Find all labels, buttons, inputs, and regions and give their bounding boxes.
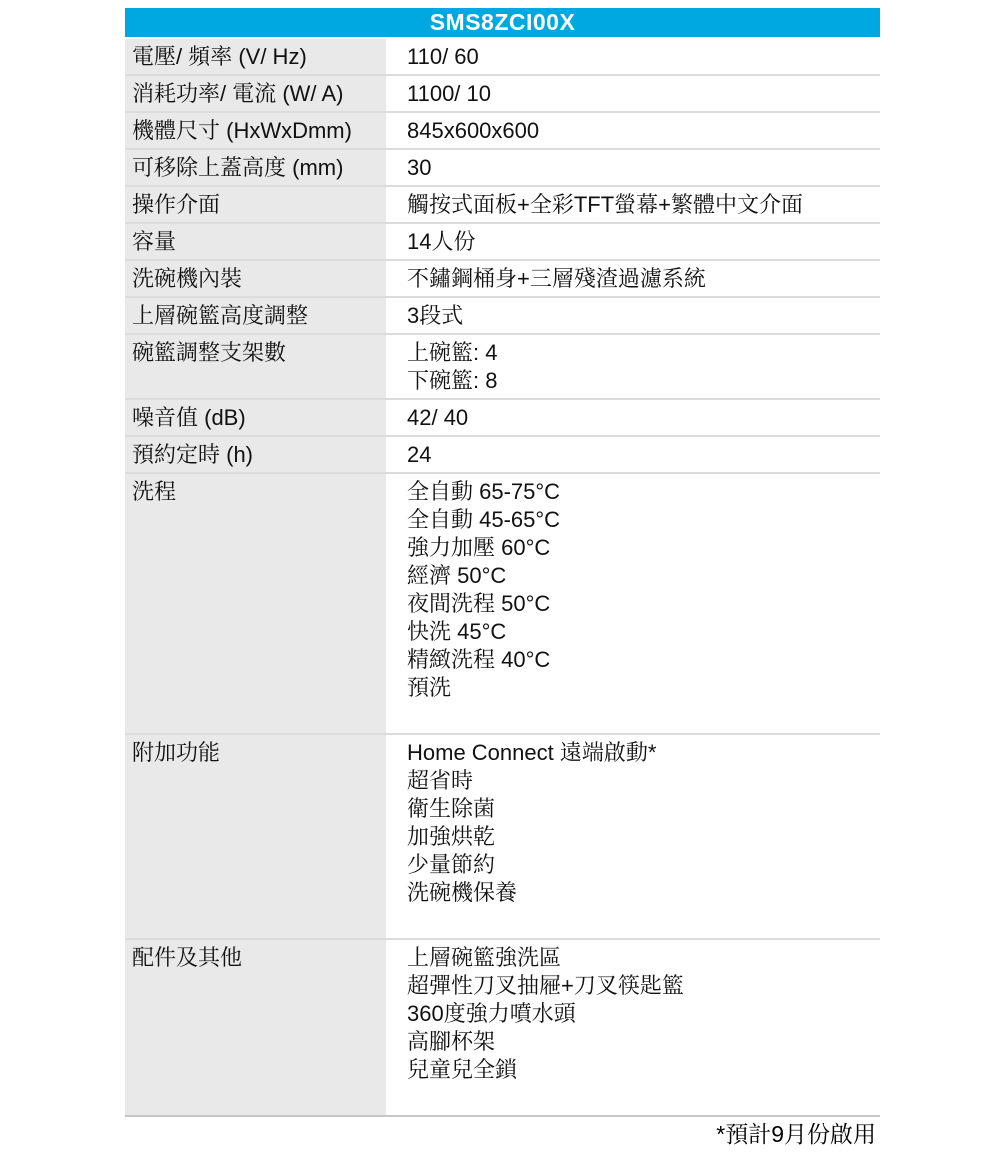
value-line: 下碗籃: 8 [407,367,876,395]
model-name: SMS8ZCI00X [430,9,576,36]
spec-row: 可移除上蓋高度 (mm) 30 [125,150,880,187]
row-label: 可移除上蓋高度 (mm) [125,150,389,185]
row-value: 110/ 60 [389,39,880,74]
row-value: 14人份 [389,224,880,259]
value-line: 上層碗籃強洗區 [407,944,876,972]
value-line: 衛生除菌 [407,795,876,823]
value-line: 預洗 [407,674,876,702]
spec-row: 容量 14人份 [125,224,880,261]
row-value: 1100/ 10 [389,76,880,111]
value-line: 全自動 65-75°C [407,478,876,506]
row-value: 24 [389,437,880,472]
value-line: 精緻洗程 40°C [407,646,876,674]
row-label: 噪音值 (dB) [125,400,389,435]
row-value: Home Connect 遠端啟動*超省時衛生除菌加強烘乾少量節約洗碗機保養 [389,735,880,938]
row-label: 機體尺寸 (HxWxDmm) [125,113,389,148]
row-value: 3段式 [389,298,880,333]
value-line: 42/ 40 [407,404,876,432]
footnote: *預計9月份啟用 [125,1120,880,1148]
spec-rows: 電壓/ 頻率 (V/ Hz) 110/ 60 消耗功率/ 電流 (W/ A) 1… [125,39,880,1115]
value-line: 1100/ 10 [407,80,876,108]
spec-table: SMS8ZCI00X 電壓/ 頻率 (V/ Hz) 110/ 60 消耗功率/ … [125,8,880,1117]
value-line: Home Connect 遠端啟動* [407,739,876,767]
value-line: 加強烘乾 [407,823,876,851]
row-value: 觸按式面板+全彩TFT螢幕+繁體中文介面 [389,187,880,222]
row-value: 上碗籃: 4下碗籃: 8 [389,335,880,398]
row-label: 洗碗機內裝 [125,261,389,296]
value-line [407,907,876,935]
value-line: 360度強力噴水頭 [407,1000,876,1028]
value-line: 845x600x600 [407,117,876,145]
spec-row: 噪音值 (dB) 42/ 40 [125,400,880,437]
row-label: 上層碗籃高度調整 [125,298,389,333]
spec-row: 配件及其他 上層碗籃強洗區超彈性刀叉抽屜+刀叉筷匙籃360度強力噴水頭高腳杯架兒… [125,940,880,1115]
row-value: 不鏽鋼桶身+三層殘渣過濾系統 [389,261,880,296]
row-value: 845x600x600 [389,113,880,148]
value-line: 超省時 [407,767,876,795]
row-label: 配件及其他 [125,940,389,1115]
value-line: 上碗籃: 4 [407,339,876,367]
value-line [407,702,876,730]
value-line: 快洗 45°C [407,618,876,646]
value-line: 不鏽鋼桶身+三層殘渣過濾系統 [407,265,876,293]
value-line: 觸按式面板+全彩TFT螢幕+繁體中文介面 [407,191,876,219]
row-value: 42/ 40 [389,400,880,435]
row-value: 全自動 65-75°C全自動 45-65°C強力加壓 60°C經濟 50°C夜間… [389,474,880,733]
value-line: 夜間洗程 50°C [407,590,876,618]
spec-row: 洗程 全自動 65-75°C全自動 45-65°C強力加壓 60°C經濟 50°… [125,474,880,735]
spec-row: 洗碗機內裝 不鏽鋼桶身+三層殘渣過濾系統 [125,261,880,298]
row-label: 洗程 [125,474,389,733]
value-line: 高腳杯架 [407,1028,876,1056]
value-line: 強力加壓 60°C [407,534,876,562]
value-line: 3段式 [407,302,876,330]
value-line: 兒童兒全鎖 [407,1056,876,1084]
value-line: 經濟 50°C [407,562,876,590]
row-label: 消耗功率/ 電流 (W/ A) [125,76,389,111]
spec-row: 機體尺寸 (HxWxDmm) 845x600x600 [125,113,880,150]
row-value: 上層碗籃強洗區超彈性刀叉抽屜+刀叉筷匙籃360度強力噴水頭高腳杯架兒童兒全鎖 [389,940,880,1115]
row-label: 碗籃調整支架數 [125,335,389,398]
value-line: 全自動 45-65°C [407,506,876,534]
row-value: 30 [389,150,880,185]
spec-row: 預約定時 (h) 24 [125,437,880,474]
spec-row: 附加功能 Home Connect 遠端啟動*超省時衛生除菌加強烘乾少量節約洗碗… [125,735,880,940]
spec-row: 操作介面 觸按式面板+全彩TFT螢幕+繁體中文介面 [125,187,880,224]
row-label: 容量 [125,224,389,259]
value-line: 110/ 60 [407,43,876,71]
row-label: 附加功能 [125,735,389,938]
spec-row: 碗籃調整支架數 上碗籃: 4下碗籃: 8 [125,335,880,400]
value-line: 30 [407,154,876,182]
spec-row: 上層碗籃高度調整 3段式 [125,298,880,335]
value-line: 少量節約 [407,851,876,879]
row-label: 電壓/ 頻率 (V/ Hz) [125,39,389,74]
value-line [407,1084,876,1112]
value-line: 24 [407,441,876,469]
value-line: 超彈性刀叉抽屜+刀叉筷匙籃 [407,972,876,1000]
row-label: 操作介面 [125,187,389,222]
page: SMS8ZCI00X 電壓/ 頻率 (V/ Hz) 110/ 60 消耗功率/ … [0,0,1000,1154]
value-line: 14人份 [407,228,876,256]
table-header: SMS8ZCI00X [125,8,880,39]
row-label: 預約定時 (h) [125,437,389,472]
spec-row: 電壓/ 頻率 (V/ Hz) 110/ 60 [125,39,880,76]
value-line: 洗碗機保養 [407,879,876,907]
spec-row: 消耗功率/ 電流 (W/ A) 1100/ 10 [125,76,880,113]
